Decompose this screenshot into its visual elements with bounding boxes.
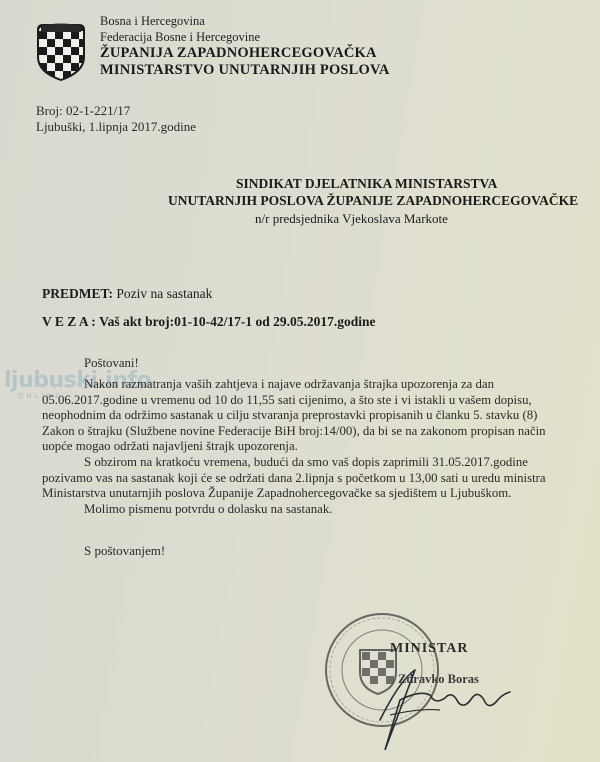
paragraph-3: Molimo pismenu potvrdu o dolasku na sast… [42, 502, 582, 518]
handwritten-signature-icon [360, 660, 520, 755]
paragraph-1-line: Zakon o štrajku (Službene novine Federac… [42, 424, 582, 440]
reference-link-line: V E Z A : Vaš akt broj:01-10-42/17-1 od … [42, 314, 376, 330]
letterhead-county: ŽUPANIJA ZAPADNOHERCEGOVAČKA [100, 45, 377, 61]
letterhead-ministry: MINISTARSTVO UNUTARNJIH POSLOVA [100, 62, 390, 78]
subject-label: PREDMET: [42, 286, 113, 301]
greeting: Poštovani! [84, 356, 600, 372]
reference-number: Broj: 02-1-221/17 [36, 103, 130, 119]
paragraph-2-line: S obzirom na kratkoću vremena, budući da… [42, 455, 582, 471]
recipient-attention: n/r predsjednika Vjekoslava Markote [255, 211, 448, 227]
paragraph-2-line: pozivamo vas na sastanak koji će se održ… [42, 471, 582, 487]
subject-line: PREDMET: Poziv na sastanak [42, 286, 212, 302]
place-date: Ljubuški, 1.lipnja 2017.godine [36, 119, 196, 135]
letterhead-country: Bosna i Hercegovina [100, 13, 205, 29]
paragraph-1-line: Nakon razmatranja vaših zahtjeva i najav… [42, 377, 582, 393]
paragraph-1: Nakon razmatranja vaših zahtjeva i najav… [42, 377, 582, 455]
scanned-letter: Bosna i Hercegovina Federacija Bosne i H… [0, 0, 600, 762]
closing-salutation: S poštovanjem! [84, 543, 165, 559]
paragraph-2-line: Ministarstva unutarnjih poslova Županije… [42, 486, 582, 502]
recipient-line-1: SINDIKAT DJELATNIKA MINISTARSTVA [236, 176, 497, 192]
link-label: V E Z A : [42, 314, 96, 329]
paragraph-1-line: neophodnim da održimo sastanak u cilju s… [42, 408, 582, 424]
signatory-title: MINISTAR [390, 641, 469, 657]
link-value: Vaš akt broj:01-10-42/17-1 od 29.05.2017… [99, 314, 375, 329]
paragraph-1-line: uopće mogao održati najavljeni štrajk up… [42, 439, 582, 455]
paragraph-1-line: 05.06.2017.godine u vremenu od 10 do 11,… [42, 393, 582, 409]
paragraph-2: S obzirom na kratkoću vremena, budući da… [42, 455, 582, 502]
letterhead-federation: Federacija Bosne i Hercegovine [100, 29, 260, 45]
recipient-line-2: UNUTARNJIH POSLOVA ŽUPANIJE ZAPADNOHERCE… [168, 193, 578, 209]
checkerboard-coat-of-arms-icon [33, 21, 89, 81]
subject-value: Poziv na sastanak [116, 286, 212, 301]
